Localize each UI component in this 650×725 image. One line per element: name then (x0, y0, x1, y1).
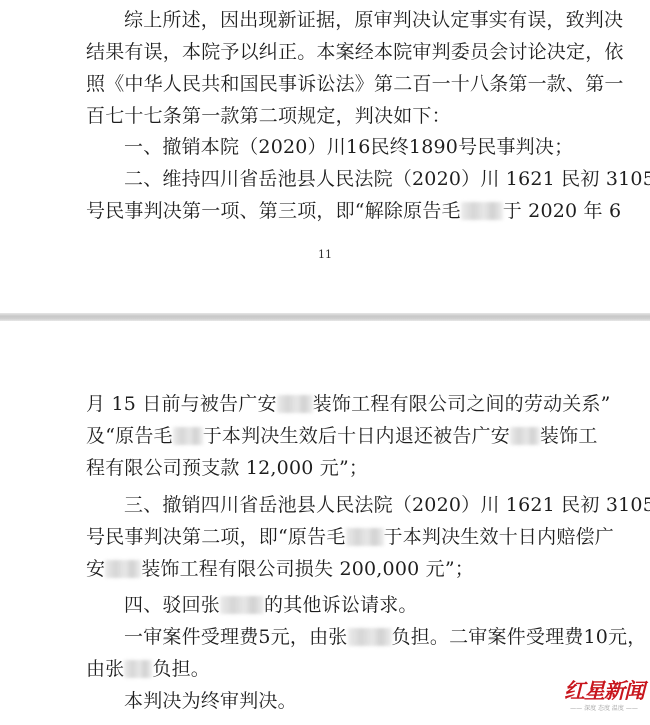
page-number: 11 (0, 248, 650, 261)
text-line: 月 15 日前与被告广安装饰工程有限公司之间的劳动关系” (86, 392, 566, 416)
document-page-11: 综上所述，因出现新证据，原审判决认定事实有误，致判决 结果有误，本院予以纠正。本… (0, 0, 650, 313)
judgment-item-4: 四、驳回张的其他诉讼请求。 (124, 593, 566, 617)
text-segment: 号民事判决第一项、第三项，即“解除原告毛 (86, 200, 461, 222)
text-segment: 负担。 (152, 658, 210, 680)
final-judgment-line: 本判决为终审判决。 (124, 689, 566, 713)
tagline-text: 深度 态度 温度 (584, 705, 624, 712)
redacted-name (105, 560, 141, 578)
redacted-name (173, 427, 203, 445)
redacted-name (346, 528, 384, 546)
text-segment: 负担。二审案件受理费10元， (392, 626, 647, 648)
red-star-news-watermark: 红星新闻 —— 深度 态度 温度 —— (562, 678, 646, 720)
judgment-item-1: 一、撤销本院（2020）川16民终1890号民事判决； (124, 135, 566, 159)
redacted-name (124, 660, 152, 678)
redacted-name (277, 395, 313, 413)
text-segment: 于本判决生效后十日内退还被告广安 (203, 425, 510, 447)
logo-tagline: —— 深度 态度 温度 —— (562, 704, 646, 714)
document-page-12: 月 15 日前与被告广安装饰工程有限公司之间的劳动关系” 及“原告毛于本判决生效… (0, 321, 650, 725)
text-segment: 安 (86, 558, 105, 580)
redacted-name (220, 596, 264, 614)
text-line: 百七十七条第一款第二项规定，判决如下： (86, 104, 566, 128)
text-segment: 四、驳回张 (124, 594, 220, 616)
news-logo: 红星新闻 (562, 678, 646, 704)
judgment-item-2: 二、维持四川省岳池县人民法院（2020）川 1621 民初 3105 (124, 167, 566, 191)
text-segment: 装饰工程有限公司之间的劳动关系” (313, 393, 611, 415)
text-line: 安装饰工程有限公司损失 200,000 元”； (86, 557, 566, 581)
text-segment: 的其他诉讼请求。 (264, 594, 418, 616)
redacted-name (510, 427, 540, 445)
text-segment: 于本判决生效十日内赔偿广 (384, 526, 614, 548)
text-line: 综上所述，因出现新证据，原审判决认定事实有误，致判决 (124, 8, 566, 32)
text-segment: 由张 (86, 658, 124, 680)
text-segment: 于 2020 年 6 (503, 200, 622, 222)
text-line: 及“原告毛于本判决生效后十日内退还被告广安装饰工 (86, 424, 566, 448)
judgment-item-3: 三、撤销四川省岳池县人民法院（2020）川 1621 民初 3105 (124, 493, 566, 517)
text-segment: 一审案件受理费5元，由张 (124, 626, 348, 648)
text-segment: 号民事判决第二项，即“原告毛 (86, 526, 346, 548)
text-segment: 装饰工程有限公司损失 200,000 元”； (141, 558, 474, 580)
text-line: 由张负担。 (86, 657, 566, 681)
text-segment: 装饰工 (540, 425, 598, 447)
page-divider (0, 313, 650, 321)
text-line: 号民事判决第一项、第三项，即“解除原告毛于 2020 年 6 (86, 199, 566, 223)
redacted-name (461, 202, 503, 220)
text-segment: 及“原告毛 (86, 425, 173, 447)
court-fees-line: 一审案件受理费5元，由张负担。二审案件受理费10元， (124, 625, 566, 649)
text-line: 程有限公司预支款 12,000 元”； (86, 456, 566, 480)
text-segment: 月 15 日前与被告广安 (86, 393, 277, 415)
redacted-name (348, 628, 392, 646)
text-line: 号民事判决第二项，即“原告毛于本判决生效十日内赔偿广 (86, 525, 566, 549)
text-line: 照《中华人民共和国民事诉讼法》第二百一十八条第一款、第一 (86, 72, 566, 96)
text-line: 结果有误，本院予以纠正。本案经本院审判委员会讨论决定，依 (86, 40, 566, 64)
